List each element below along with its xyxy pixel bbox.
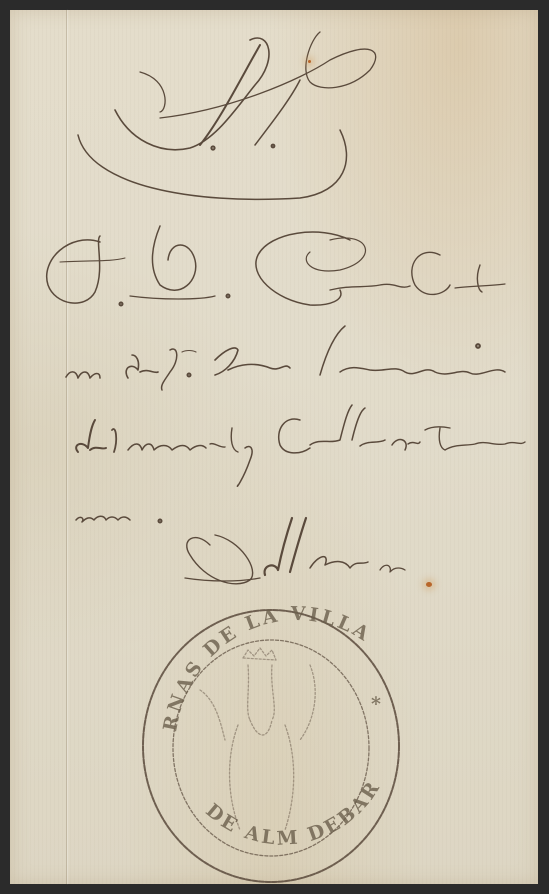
address-line-4-strokes xyxy=(76,516,130,522)
closing-strokes xyxy=(185,518,405,584)
seal-top-text: RNAS DE LA VILLA xyxy=(159,603,375,733)
seal: RNAS DE LA VILLA DE ALM DEBAR * xyxy=(143,603,399,882)
rust-stain xyxy=(426,582,432,587)
handwriting-strokes: RNAS DE LA VILLA DE ALM DEBAR * xyxy=(0,0,549,894)
seal-bottom-text: DE ALM DEBAR xyxy=(201,776,385,850)
address-line-3-strokes xyxy=(76,405,525,486)
heading-flourish xyxy=(78,32,376,199)
address-line-2-strokes xyxy=(66,326,505,390)
seal-star-icon: * xyxy=(371,693,384,715)
rust-stain xyxy=(308,60,311,63)
address-line-1-strokes xyxy=(47,226,505,305)
